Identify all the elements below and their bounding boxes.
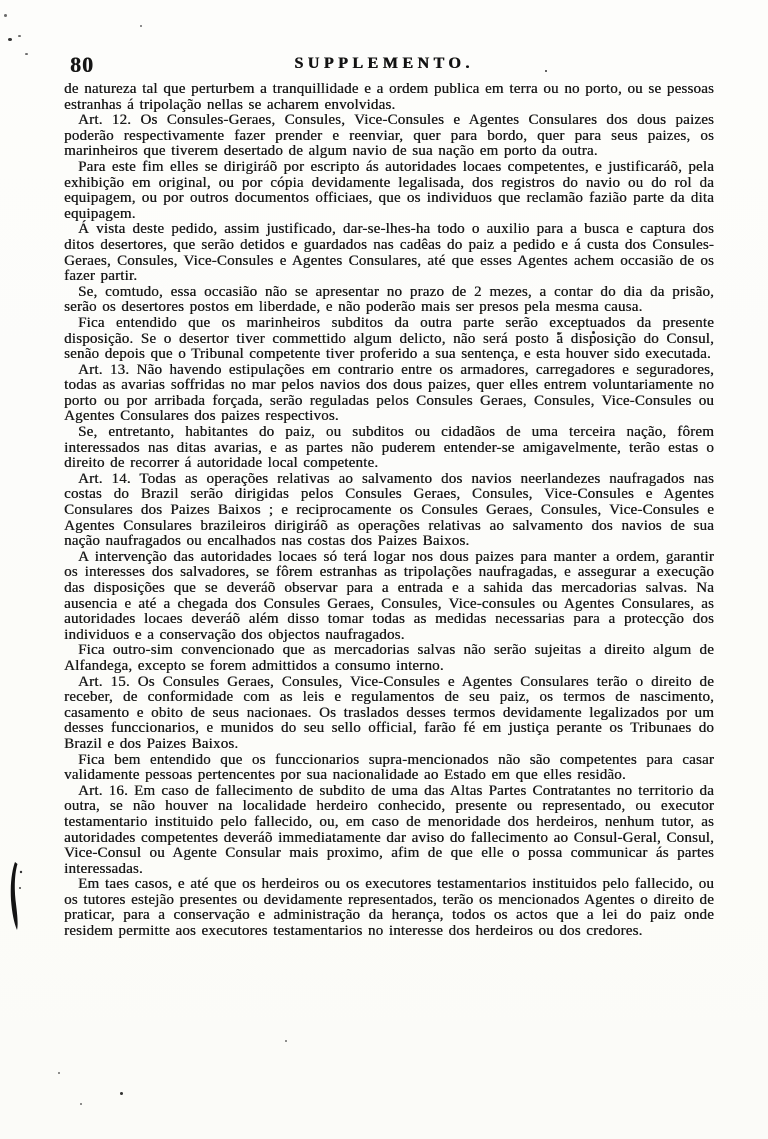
paper-speck xyxy=(80,1103,82,1105)
paper-speck xyxy=(140,25,142,27)
paragraph: Se, entretanto, habitantes do paiz, ou s… xyxy=(64,425,714,472)
paragraph: Em taes casos, e até que os herdeiros ou… xyxy=(64,877,714,939)
paragraph-art-15: Art. 15. Os Consules Geraes, Consules, V… xyxy=(64,675,714,753)
document-body-text: de natureza tal que perturbem a tranquil… xyxy=(64,82,714,940)
page-header-title: SUPPLEMENTO. xyxy=(0,55,768,73)
margin-ink-mark xyxy=(8,860,24,932)
paper-speck xyxy=(58,1072,60,1074)
paragraph-art-13: Art. 13. Não havendo estipulações em con… xyxy=(64,363,714,425)
paragraph: Para este fim elles se dirigiráõ por esc… xyxy=(64,160,714,222)
paragraph: Fica outro-sim convencionado que as merc… xyxy=(64,643,714,674)
paper-speck xyxy=(285,1040,287,1042)
paragraph: Se, comtudo, essa occasião não se aprese… xyxy=(64,285,714,316)
paragraph: Fica entendido que os marinheiros subdit… xyxy=(64,316,714,363)
paper-speck xyxy=(120,1092,123,1095)
paper-speck xyxy=(25,53,28,55)
paper-speck xyxy=(18,35,21,37)
paragraph-continuation: de natureza tal que perturbem a tranquil… xyxy=(64,82,714,113)
scanned-document-page: 80 SUPPLEMENTO. de natureza tal que pert… xyxy=(0,0,768,1139)
paragraph-art-16: Art. 16. Em caso de fallecimento de subd… xyxy=(64,784,714,878)
paragraph: Fica bem entendido que os funccionarios … xyxy=(64,753,714,784)
paragraph-art-12: Art. 12. Os Consules-Geraes, Consules, V… xyxy=(64,113,714,160)
paper-speck xyxy=(592,331,595,334)
paragraph: A intervenção das autoridades locaes só … xyxy=(64,550,714,644)
paragraph-art-14: Art. 14. Todas as operações relativas ao… xyxy=(64,472,714,550)
paper-speck xyxy=(545,70,547,72)
paper-speck xyxy=(4,14,7,17)
paragraph: Á vista deste pedido, assim justificado,… xyxy=(64,222,714,284)
paper-speck xyxy=(8,38,12,41)
paper-speck xyxy=(557,332,560,335)
